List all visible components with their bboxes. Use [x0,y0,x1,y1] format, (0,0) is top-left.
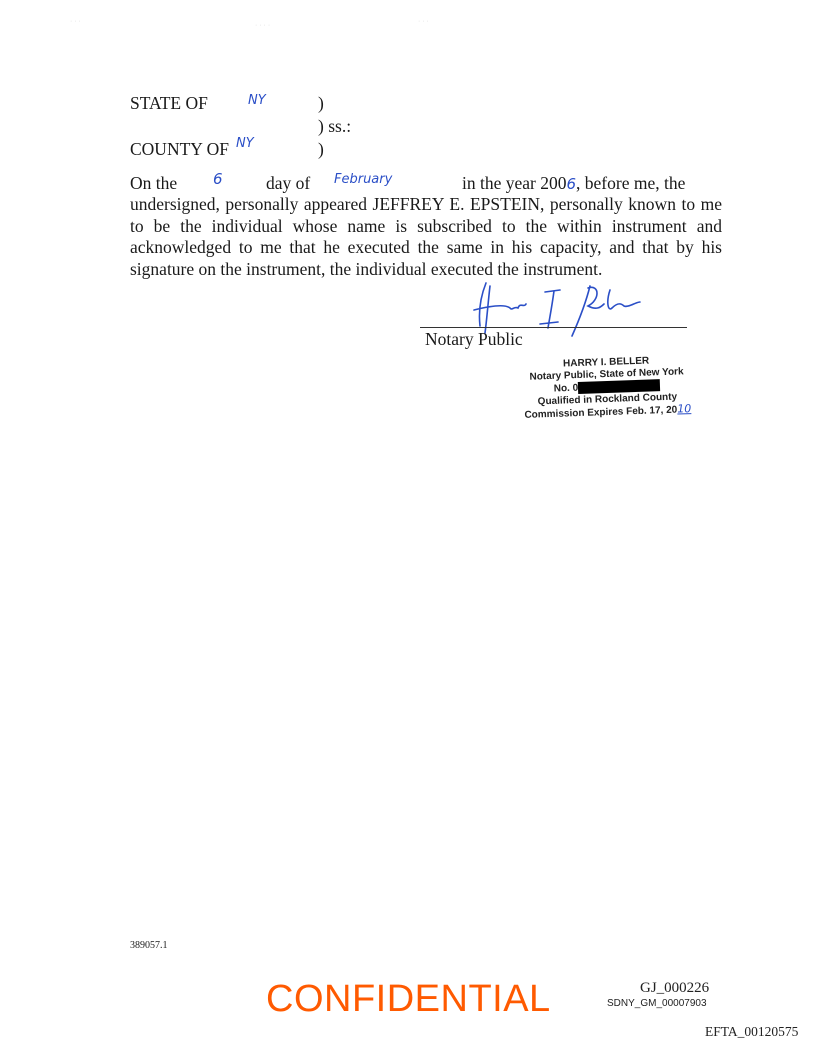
day-value-handwritten: 6 [213,170,223,188]
month-value-handwritten: February [334,172,392,187]
venue-ss: ) ss.: [318,116,351,137]
year-suffix: , before me, the [576,173,685,193]
year-prefix: in the year 200 [462,173,566,193]
bates-sdny: SDNY_GM_00007903 [607,998,707,1009]
county-label: COUNTY OF [130,139,229,160]
acknowledgment-body: undersigned, personally appeared JEFFREY… [130,194,722,280]
bates-efta: EFTA_00120575 [705,1024,798,1040]
notary-public-caption: Notary Public [425,329,523,350]
state-value-handwritten: NY [248,93,266,108]
scan-mark-center: · · · · [255,22,270,29]
scan-mark-left: · · · [70,18,81,25]
document-number: 389057.1 [130,940,168,951]
year-digit-handwritten: 6 [566,175,576,193]
scan-mark-right: · · · [418,18,429,25]
bates-gj: GJ_000226 [640,980,709,997]
day-of-label: day of [266,173,310,194]
state-label: STATE OF [130,93,208,114]
county-value-handwritten: NY [236,136,254,151]
year-line: in the year 2006, before me, the [462,173,685,194]
on-the-label: On the [130,173,177,194]
confidential-stamp: CONFIDENTIAL [266,978,551,1021]
expiry-year-handwritten: 10 [677,402,691,415]
signature-line [420,327,687,328]
notary-stamp: HARRY I. BELLER Notary Public, State of … [501,353,713,422]
venue-paren-3: ) [318,139,324,160]
venue-paren-1: ) [318,93,324,114]
